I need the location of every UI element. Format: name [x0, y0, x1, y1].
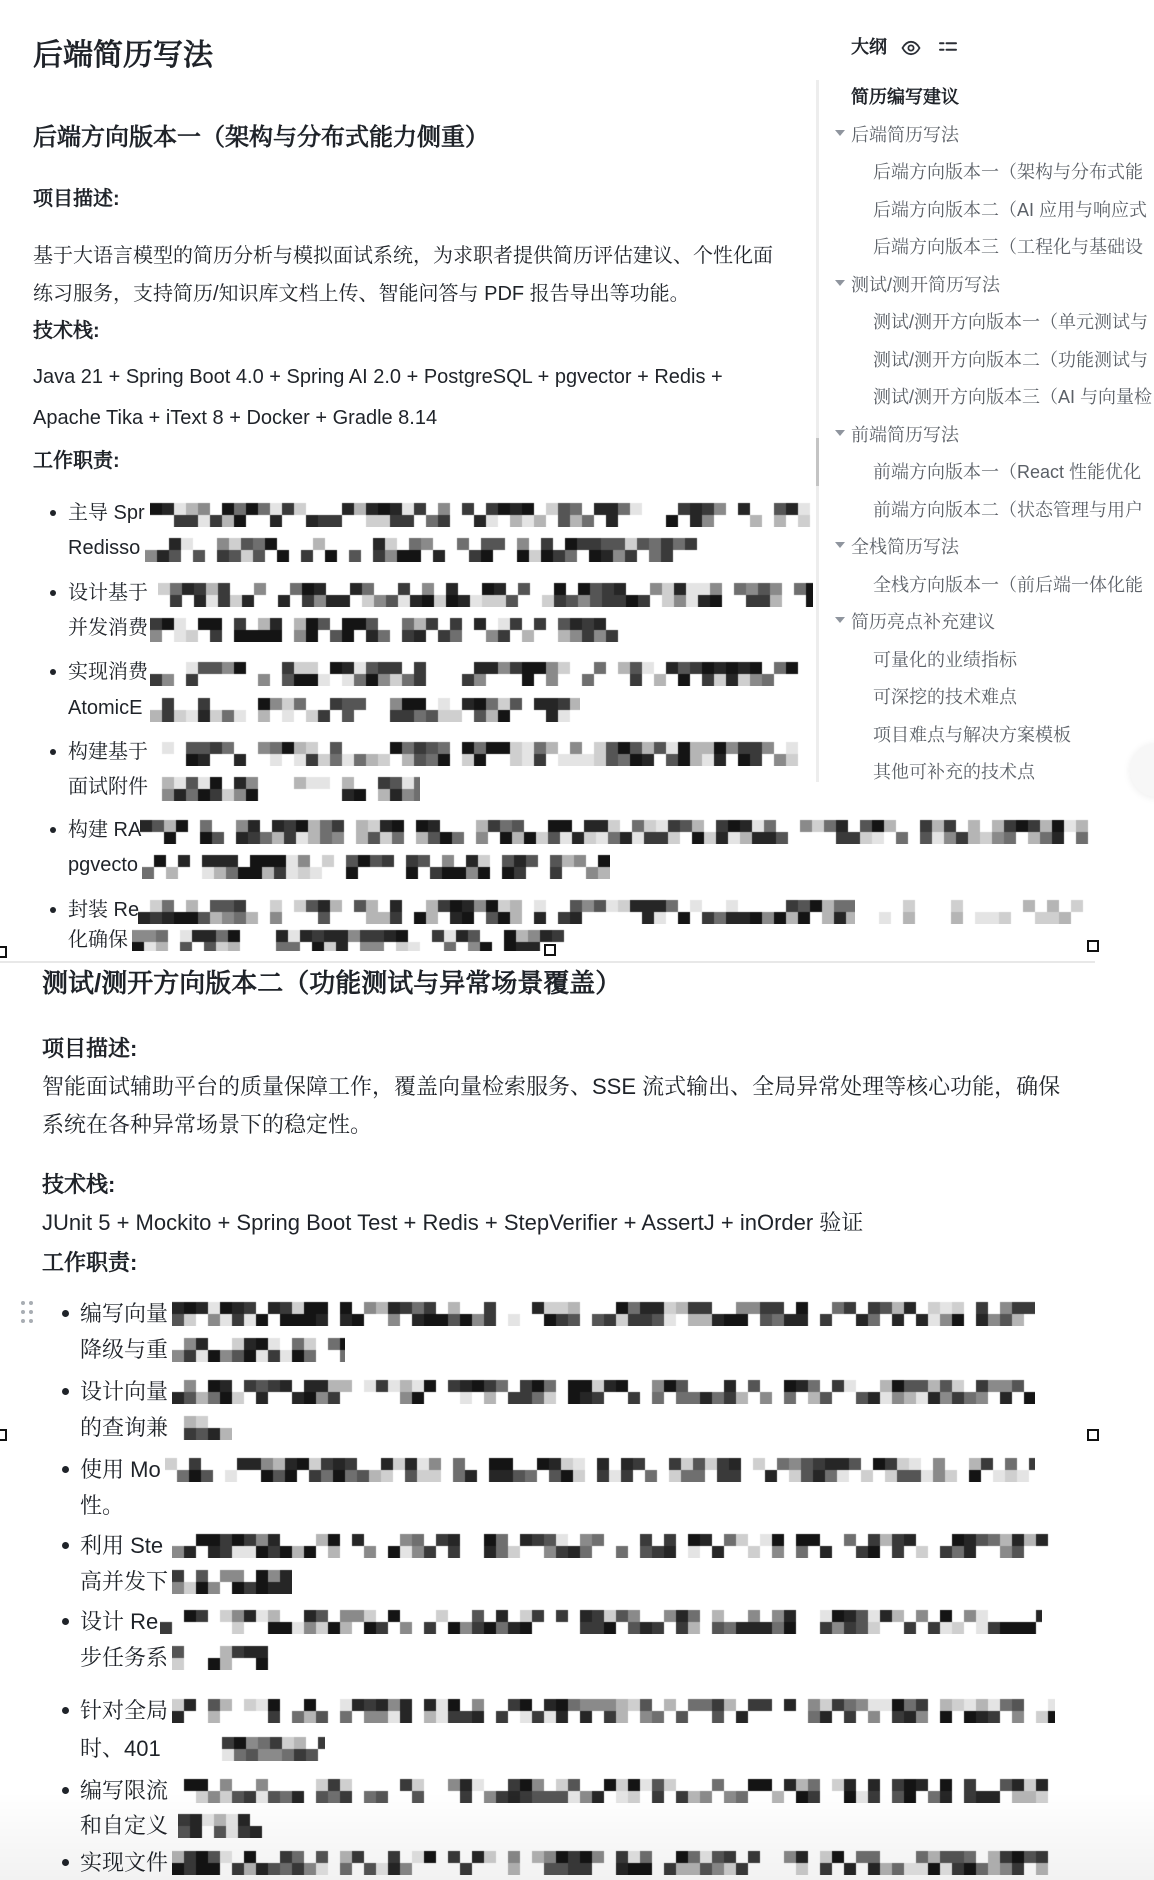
desc-line[interactable]: 系统在各种异常场景下的稳定性。: [42, 1110, 372, 1140]
bullet-cont[interactable]: 时、401: [80, 1734, 161, 1764]
bullet-cont[interactable]: pgvecto: [68, 852, 138, 879]
duty-label[interactable]: 工作职责:: [33, 448, 120, 475]
bullet-line[interactable]: 主导 Spr: [68, 500, 145, 527]
bullet-dot: [62, 1388, 69, 1395]
outline-item[interactable]: 后端方向版本一（架构与分布式能: [816, 158, 1154, 184]
redacted-text-mosaic: [150, 741, 800, 766]
outline-item[interactable]: 测试/测开方向版本二（功能测试与: [816, 346, 1154, 372]
outline-item-label: 前端方向版本二（状态管理与用户: [873, 496, 1143, 522]
bullet-line[interactable]: 设计 Re: [80, 1607, 158, 1637]
redacted-text-mosaic: [172, 1778, 1050, 1803]
outline-item[interactable]: 项目难点与解决方案模板: [816, 721, 1154, 747]
bullet-cont[interactable]: 步任务系: [80, 1643, 168, 1673]
outline-item-label: 后端方向版本三（工程化与基础设: [873, 233, 1143, 259]
outline-item-label: 后端简历写法: [851, 121, 959, 147]
bullet-line[interactable]: 编写向量: [80, 1299, 168, 1329]
outline-item[interactable]: 后端方向版本三（工程化与基础设: [816, 233, 1154, 259]
outline-item-label: 前端简历写法: [851, 421, 959, 447]
outline-item-label: 后端方向版本一（架构与分布式能: [873, 158, 1143, 184]
stack-label[interactable]: 技术栈:: [33, 318, 100, 345]
selection-handle[interactable]: [1087, 940, 1099, 952]
bullet-line[interactable]: 构建基于: [68, 739, 148, 766]
eye-icon[interactable]: [900, 37, 922, 59]
redacted-text-mosaic: [855, 899, 1085, 924]
bullet-dot: [50, 669, 56, 675]
redacted-text-mosaic: [172, 1645, 275, 1670]
bullet-dot: [50, 827, 56, 833]
outline-item-label: 全栈方向版本一（前后端一体化能: [873, 571, 1143, 597]
outline-item-label: 测试/测开简历写法: [851, 271, 1000, 297]
document-canvas: 后端简历写法后端方向版本一（架构与分布式能力侧重）项目描述:基于大语言模型的简历…: [0, 0, 1154, 1880]
outline-item-label: 可深挖的技术难点: [873, 683, 1017, 709]
bullet-dot: [62, 1787, 69, 1794]
desc-label[interactable]: 项目描述:: [42, 1034, 137, 1064]
stack-label[interactable]: 技术栈:: [42, 1170, 115, 1200]
redacted-text-mosaic: [138, 899, 855, 924]
drag-handle-icon[interactable]: [21, 1301, 37, 1327]
bullet-dot: [50, 510, 56, 516]
redacted-text-mosaic: [172, 1698, 1055, 1723]
outline-item[interactable]: 全栈简历写法: [816, 533, 1154, 559]
section1-heading[interactable]: 后端方向版本一（架构与分布式能力侧重）: [33, 122, 489, 154]
redacted-text-mosaic: [172, 1337, 345, 1362]
outline-item[interactable]: 测试/测开方向版本一（单元测试与: [816, 308, 1154, 334]
redacted-text-mosaic: [142, 854, 610, 879]
redacted-text-mosaic: [172, 1301, 1035, 1326]
outline-item-label: 前端方向版本一（React 性能优化: [873, 458, 1141, 484]
section2-heading[interactable]: 测试/测开方向版本二（功能测试与异常场景覆盖）: [42, 966, 621, 1001]
outline-item-label: 全栈简历写法: [851, 533, 959, 559]
desc-label[interactable]: 项目描述:: [33, 186, 120, 213]
outline-item[interactable]: 测试/测开简历写法: [816, 271, 1154, 297]
collapse-arrow-icon[interactable]: [835, 542, 845, 548]
section-divider-line: [0, 961, 1095, 963]
bullet-cont[interactable]: 并发消费: [68, 615, 148, 642]
bullet-cont[interactable]: 面试附件: [68, 774, 148, 801]
selection-handle[interactable]: [0, 1429, 7, 1441]
bullet-dot: [62, 1310, 69, 1317]
outline-item-label: 简历编写建议: [851, 83, 959, 109]
doc-title[interactable]: 后端简历写法: [33, 36, 213, 77]
outline-item-label: 项目难点与解决方案模板: [873, 721, 1071, 747]
desc-line[interactable]: 智能面试辅助平台的质量保障工作，覆盖向量检索服务、SSE 流式输出、全局异常处理…: [42, 1072, 1060, 1102]
stack-line[interactable]: Java 21 + Spring Boot 4.0 + Spring AI 2.…: [33, 364, 723, 391]
bullet-dot: [62, 1542, 69, 1549]
redacted-text-mosaic: [150, 617, 620, 642]
collapse-arrow-icon[interactable]: [835, 617, 845, 623]
bullet-dot: [62, 1707, 69, 1714]
bullet-dot: [62, 1618, 69, 1625]
bullet-line[interactable]: 利用 Ste: [80, 1531, 163, 1561]
outline-item[interactable]: 简历亮点补充建议: [816, 608, 1154, 634]
bullet-line[interactable]: 实现文件: [80, 1848, 168, 1878]
stack-line[interactable]: JUnit 5 + Mockito + Spring Boot Test + R…: [42, 1208, 863, 1238]
outline-item[interactable]: 简历编写建议: [816, 83, 1154, 109]
outline-item[interactable]: 可深挖的技术难点: [816, 683, 1154, 709]
redacted-text-mosaic: [165, 1457, 1035, 1482]
bullet-line[interactable]: 针对全局: [80, 1696, 168, 1726]
outline-item-label: 测试/测开方向版本二（功能测试与: [873, 346, 1148, 372]
desc-line[interactable]: 练习服务，支持简历/知识库文档上传、智能问答与 PDF 报告导出等功能。: [33, 281, 690, 308]
bullet-cont[interactable]: Redisso: [68, 535, 140, 562]
outline-item[interactable]: 前端简历写法: [816, 421, 1154, 447]
redacted-text-mosaic: [186, 1736, 325, 1761]
redacted-text-mosaic: [172, 1569, 292, 1594]
collapse-arrow-icon[interactable]: [835, 280, 845, 286]
bullet-line[interactable]: 设计向量: [80, 1377, 168, 1407]
desc-line[interactable]: 基于大语言模型的简历分析与模拟面试系统，为求职者提供简历评估建议、个性化面: [33, 243, 773, 270]
redacted-text-mosaic: [178, 1813, 265, 1838]
selection-handle[interactable]: [544, 944, 556, 956]
outline-item[interactable]: 后端方向版本二（AI 应用与响应式: [816, 196, 1154, 222]
bullet-dot: [50, 590, 56, 596]
selection-handle[interactable]: [0, 946, 7, 958]
selection-handle[interactable]: [1087, 1429, 1099, 1441]
redacted-text-mosaic: [145, 537, 700, 562]
bullet-cont[interactable]: 化确保: [68, 927, 128, 951]
outline-item[interactable]: 全栈方向版本一（前后端一体化能: [816, 571, 1154, 597]
collapse-arrow-icon[interactable]: [835, 430, 845, 436]
bullet-cont[interactable]: 降级与重: [80, 1335, 168, 1365]
outline-item[interactable]: 测试/测开方向版本三（AI 与向量检: [816, 383, 1154, 409]
outline-item-label: 测试/测开方向版本一（单元测试与: [873, 308, 1148, 334]
bullet-line[interactable]: 设计基于: [68, 580, 148, 607]
bullet-cont[interactable]: 和自定义: [80, 1811, 168, 1841]
outline-item[interactable]: 其他可补充的技术点: [816, 758, 1154, 784]
outline-list-icon[interactable]: [937, 37, 959, 59]
bullet-cont[interactable]: 的查询兼: [80, 1413, 168, 1443]
outline-item-label: 后端方向版本二（AI 应用与响应式: [873, 196, 1147, 222]
redacted-text-mosaic: [132, 929, 585, 951]
bullet-line[interactable]: 实现消费: [68, 659, 148, 686]
redacted-text-mosaic: [172, 1533, 1058, 1558]
outline-item-label: 可量化的业绩指标: [873, 646, 1017, 672]
outline-item-label: 其他可补充的技术点: [873, 758, 1035, 784]
redacted-text-mosaic: [150, 502, 813, 527]
redacted-text-mosaic: [172, 1415, 232, 1440]
outline-panel: 大纲 简历编写建议后端简历写法后端方向版本一（架构与分布式能后端方向版本二（AI…: [816, 0, 1154, 794]
outline-item[interactable]: 后端简历写法: [816, 121, 1154, 147]
outline-item[interactable]: 前端方向版本一（React 性能优化: [816, 458, 1154, 484]
redacted-text-mosaic: [158, 582, 813, 607]
collapse-arrow-icon[interactable]: [835, 130, 845, 136]
redacted-text-mosaic: [172, 1379, 1035, 1404]
redacted-text-mosaic: [150, 697, 580, 722]
outline-item[interactable]: 可量化的业绩指标: [816, 646, 1154, 672]
redacted-text-mosaic: [160, 1609, 1042, 1634]
stack-line[interactable]: Apache Tika + iText 8 + Docker + Gradle …: [33, 405, 437, 432]
redacted-text-mosaic: [150, 661, 813, 686]
redacted-text-mosaic: [150, 776, 420, 801]
duty-label[interactable]: 工作职责:: [42, 1248, 137, 1278]
outline-title: 大纲: [851, 33, 887, 59]
bullet-cont[interactable]: 性。: [80, 1491, 124, 1521]
bullet-cont[interactable]: AtomicE: [68, 695, 142, 722]
redacted-text-mosaic: [172, 1850, 1050, 1875]
bullet-line[interactable]: 构建 RA: [68, 817, 141, 844]
outline-item[interactable]: 前端方向版本二（状态管理与用户: [816, 496, 1154, 522]
redacted-text-mosaic: [140, 819, 1090, 844]
bullet-cont[interactable]: 高并发下: [80, 1567, 168, 1597]
bullet-dot: [50, 749, 56, 755]
bullet-dot: [62, 1466, 69, 1473]
outline-item-label: 简历亮点补充建议: [851, 608, 995, 634]
clipped-line-wrapper: 化确保: [0, 927, 1154, 951]
bullet-line[interactable]: 使用 Mo: [80, 1455, 161, 1485]
bullet-line[interactable]: 封装 Re: [68, 897, 139, 924]
bullet-line[interactable]: 编写限流: [80, 1776, 168, 1806]
bullet-dot: [50, 907, 56, 913]
bullet-dot: [62, 1859, 69, 1866]
outline-item-label: 测试/测开方向版本三（AI 与向量检: [873, 383, 1152, 409]
